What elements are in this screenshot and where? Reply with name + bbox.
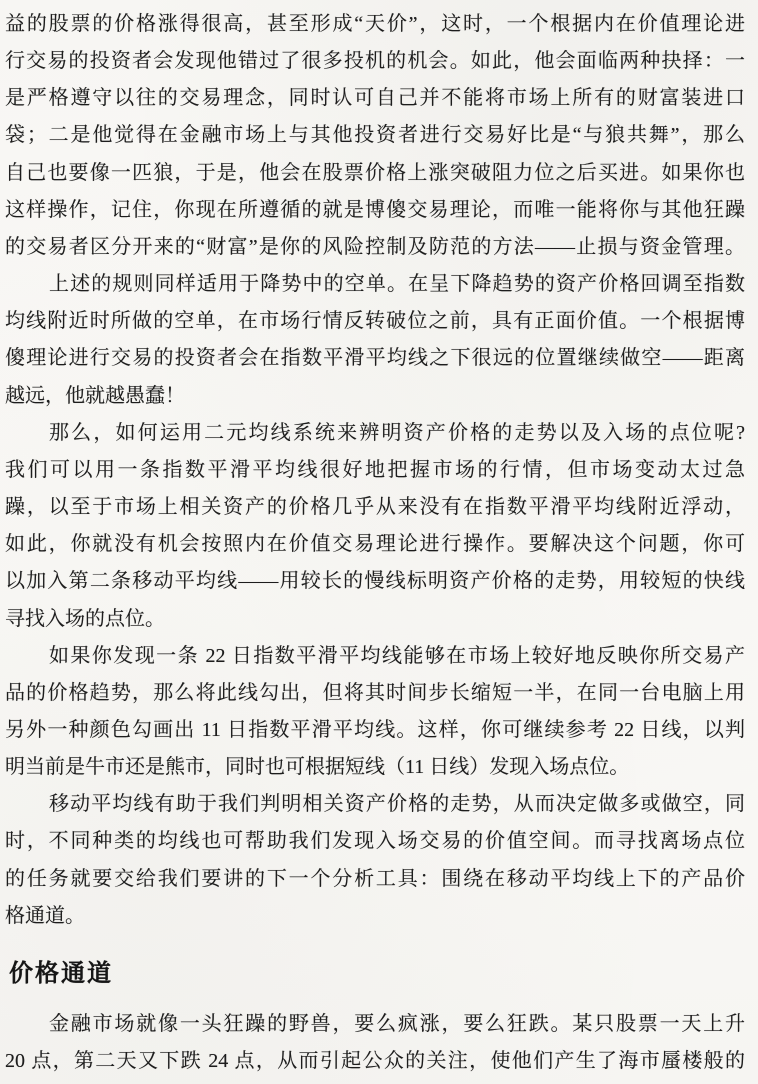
paragraph-price-channel-intro: 金融市场就像一头狂躁的野兽，要么疯涨，要么狂跌。某只股票一天上升 20 点，第二… [5,1006,745,1080]
text-line: 袋；二是他觉得在金融市场上与其他投资者进行交易好比是“与狼共舞”，那么 [5,117,745,154]
text-line: 明当前是牛市还是熊市，同时也可根据短线（11 日线）发现入场点位。 [5,749,745,786]
text-line: 那么，如何运用二元均线系统来辨明资产价格的走势以及入场的点位呢? [5,415,745,452]
text-line: 金融市场就像一头狂躁的野兽，要么疯涨，要么狂跌。某只股票一天上升 [5,1006,745,1043]
text-line: 行交易的投资者会发现他错过了很多投机的机会。如此，他会面临两种抉择：一 [5,43,745,80]
text-line: 时，不同种类的均线也可帮助我们发现入场交易的价值空间。而寻找离场点位 [5,823,745,860]
text-line: 自己也要像一匹狼，于是，他会在股票价格上涨突破阻力位之后买进。如果你也 [5,155,745,192]
text-line: 寻找入场的点位。 [5,601,745,638]
paragraph-dual-ma-system: 那么，如何运用二元均线系统来辨明资产价格的走势以及入场的点位呢? 我们可以用一条… [5,415,745,638]
text-line: 我们可以用一条指数平滑平均线很好地把握市场的行情，但市场变动太过急 [5,452,745,489]
text-line: 益的股票的价格涨得很高，甚至形成“天价”，这时，一个根据内在价值理论进 [5,6,745,43]
paragraph-continuation: 益的股票的价格涨得很高，甚至形成“天价”，这时，一个根据内在价值理论进 行交易的… [5,6,745,266]
text-line: 20 点，第二天又下跌 24 点，从而引起公众的关注，使他们产生了海市蜃楼般的 [5,1043,745,1080]
text-line: 的任务就要交给我们要讲的下一个分析工具：围绕在移动平均线上下的产品价 [5,861,745,898]
book-page: 益的股票的价格涨得很高，甚至形成“天价”，这时，一个根据内在价值理论进 行交易的… [0,0,758,1084]
text-line: 以加入第二条移动平均线——用较长的慢线标明资产价格的走势，用较短的快线 [5,563,745,600]
text-line: 移动平均线有助于我们判明相关资产价格的走势，从而决定做多或做空，同 [5,786,745,823]
text-line: 是严格遵守以往的交易理念，同时认可自己并不能将市场上所有的财富装进口 [5,80,745,117]
text-line: 如果你发现一条 22 日指数平滑平均线能够在市场上较好地反映你所交易产 [5,638,745,675]
text-line: 品的价格趋势，那么将此线勾出，但将其时间步长缩短一半，在同一台电脑上用 [5,675,745,712]
text-line: 另外一种颜色勾画出 11 日指数平滑平均线。这样，你可继续参考 22 日线，以判 [5,712,745,749]
paragraph-ma-summary: 移动平均线有助于我们判明相关资产价格的走势，从而决定做多或做空，同 时，不同种类… [5,786,745,935]
text-line: 这样操作，记住，你现在所遵循的就是博傻交易理论，而唯一能将你与其他狂躁 [5,192,745,229]
text-line: 如此，你就没有机会按照内在价值交易理论进行操作。要解决这个问题，你可 [5,526,745,563]
text-line: 躁，以至于市场上相关资产的价格几乎从来没有在指数平滑平均线附近浮动， [5,489,745,526]
text-line: 均线附近时所做的空单，在市场行情反转破位之前，具有正面价值。一个根据博 [5,303,745,340]
paragraph-22-11-day-ema: 如果你发现一条 22 日指数平滑平均线能够在市场上较好地反映你所交易产 品的价格… [5,638,745,787]
text-line: 格通道。 [5,898,745,935]
text-line: 傻理论进行交易的投资者会在指数平滑平均线之下很远的位置继续做空——距离 [5,340,745,377]
text-line: 越远，他就越愚蠢！ [5,378,745,415]
text-line: 上述的规则同样适用于降势中的空单。在呈下降趋势的资产价格回调至指数 [5,266,745,303]
paragraph-short-orders: 上述的规则同样适用于降势中的空单。在呈下降趋势的资产价格回调至指数 均线附近时所… [5,266,745,415]
text-line: 的交易者区分开来的“财富”是你的风险控制及防范的方法——止损与资金管理。 [5,229,745,266]
section-heading-price-channel: 价格通道 [9,959,745,989]
